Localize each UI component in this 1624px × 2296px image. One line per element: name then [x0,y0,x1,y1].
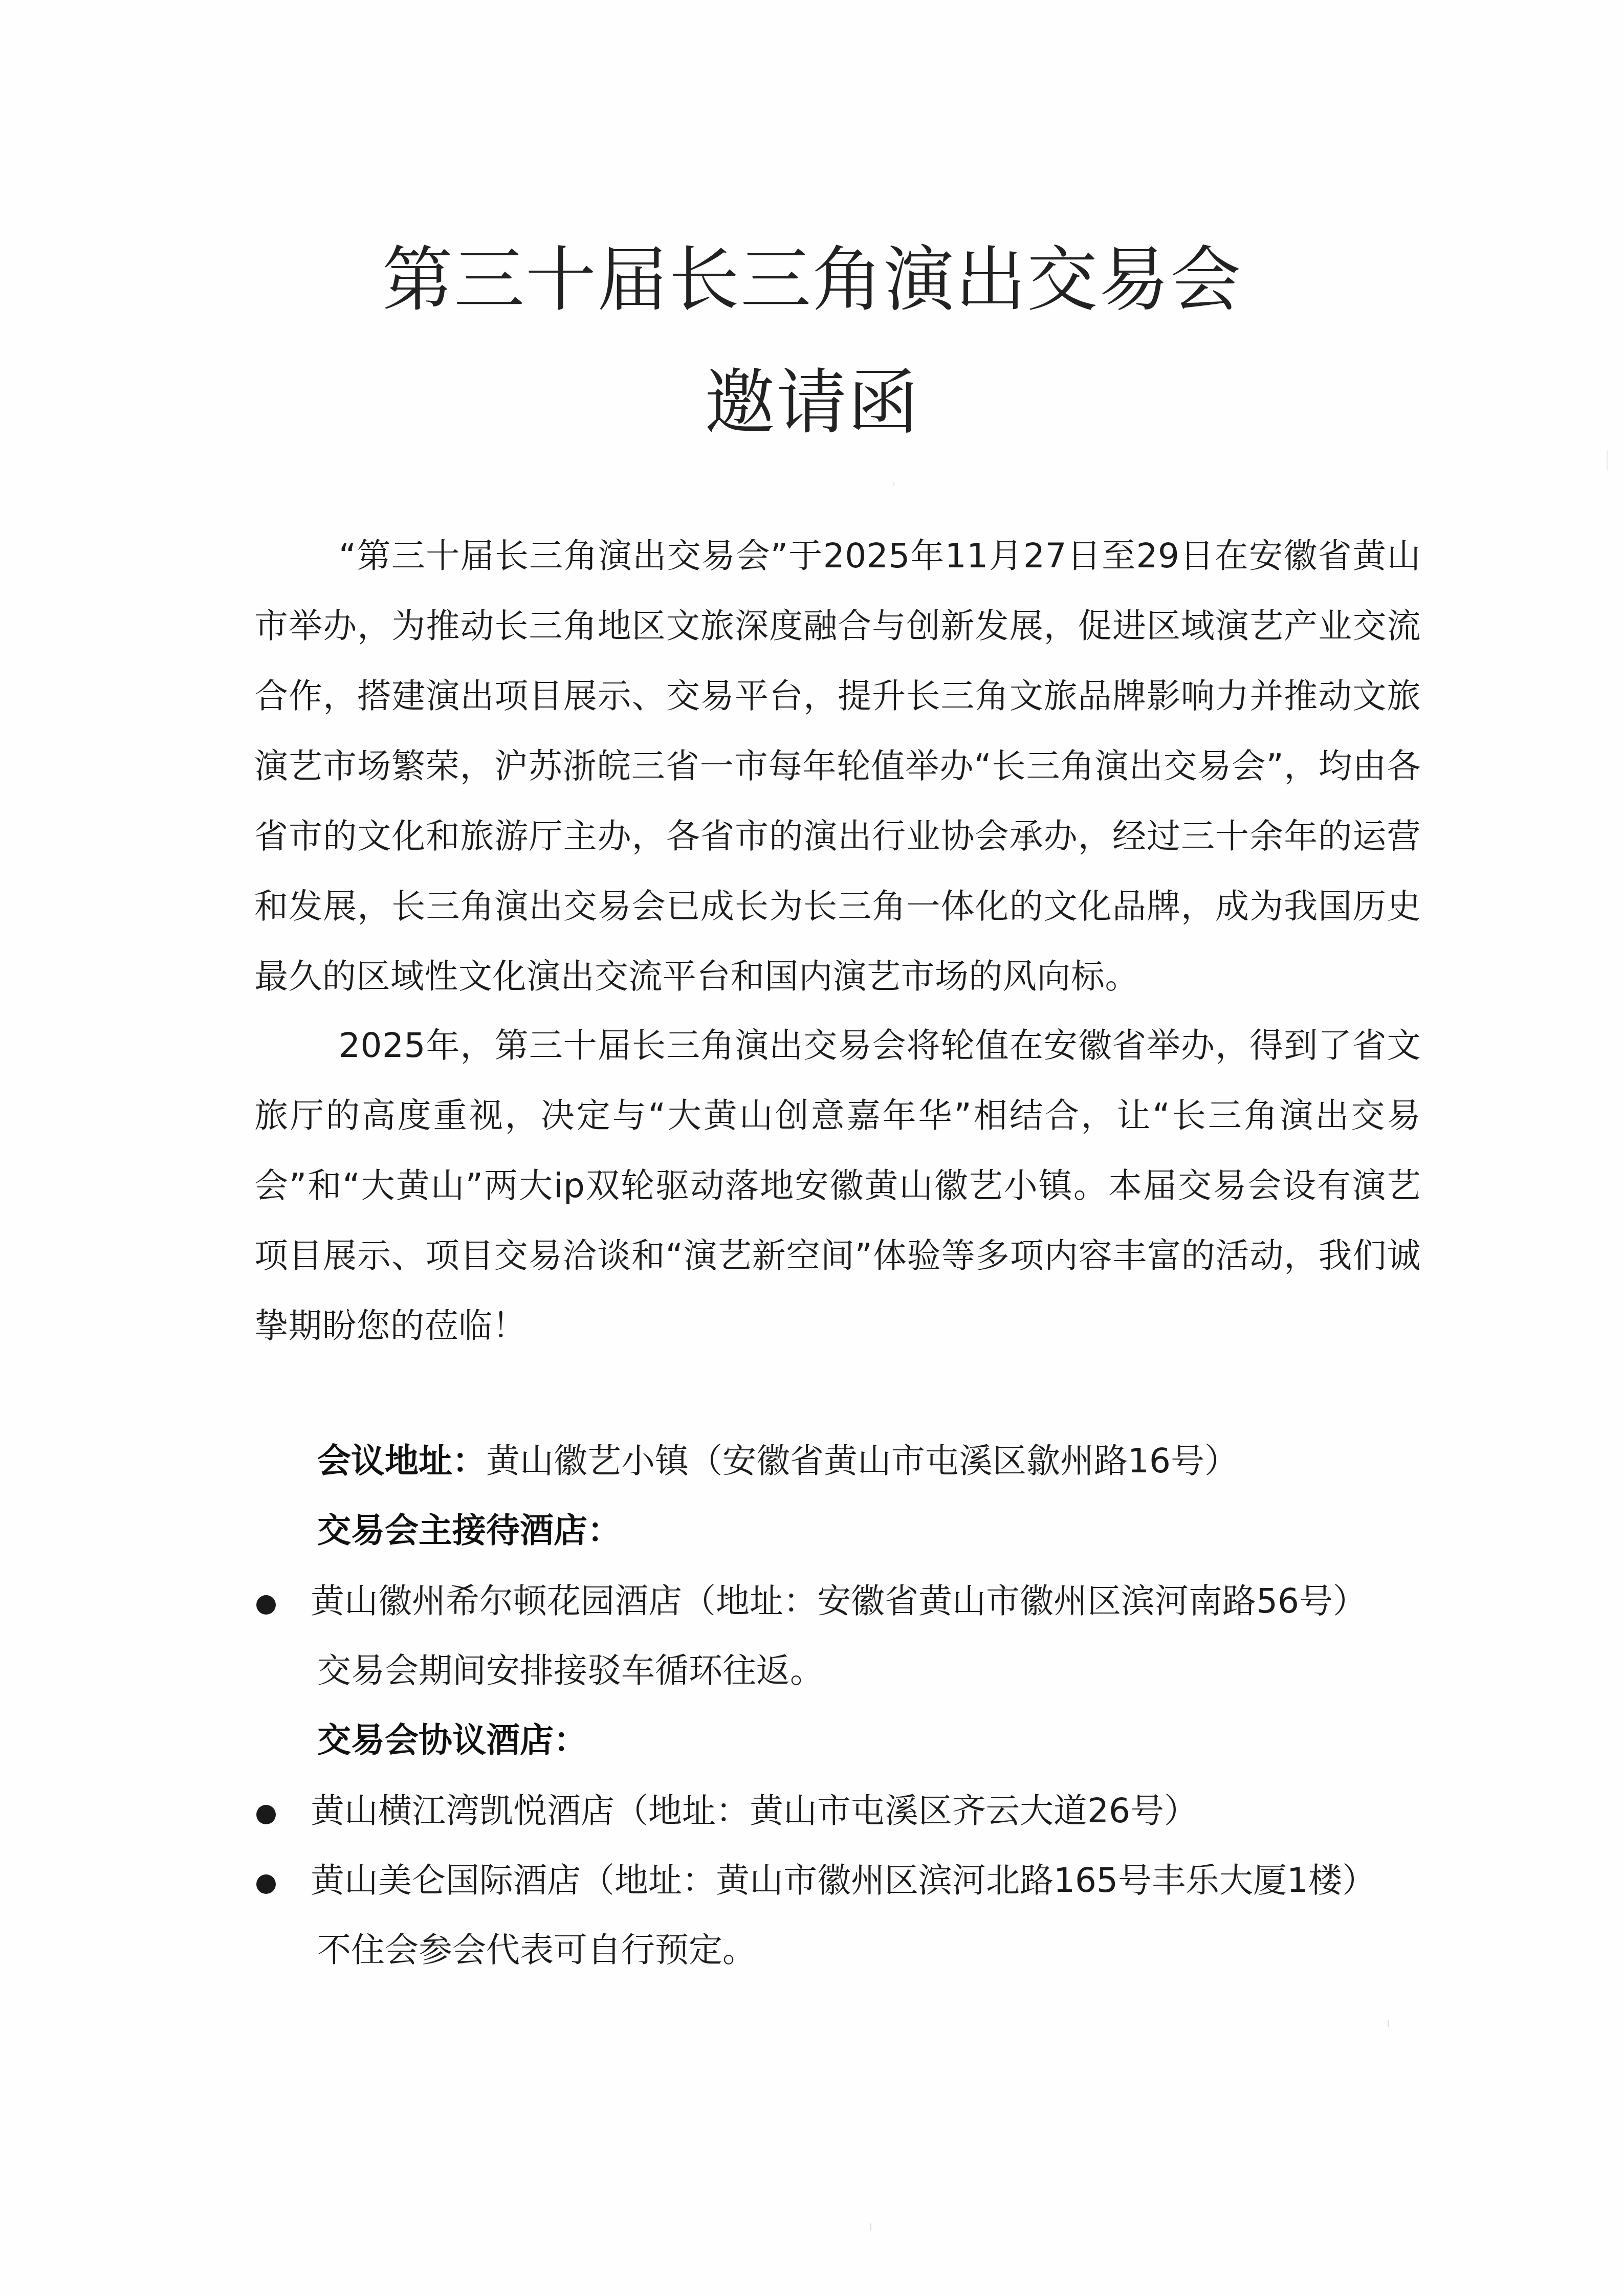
hotel-name-address: 黄山横江湾凯悦酒店（地址：黄山市屯溪区齐云大道26号） [311,1791,1198,1831]
paragraph-text: “第三十届长三角演出交易会”于2025年11月27日至29日在安徽省黄山市举办，… [254,521,1421,1011]
hotel-name-address: 黄山美仑国际酒店（地址：黄山市徽州区滨河北路165号丰乐大厦1楼） [311,1860,1376,1901]
paragraph-text: 2025年，第三十届长三角演出交易会将轮值在安徽省举办，得到了省文旅厅的高度重视… [254,1010,1421,1361]
venue-value: 黄山徽艺小镇（安徽省黄山市屯溪区歙州路16号） [486,1441,1238,1481]
scan-speck [870,2223,871,2231]
scan-speck [1388,2020,1389,2027]
venue-label: 会议地址： [317,1441,486,1481]
bullet-icon [256,1874,276,1894]
main-hotel-heading: 交易会主接待酒店： [317,1510,621,1551]
document-page: 第三十届长三角演出交易会 邀请函 “第三十届长三角演出交易会”于2025年11月… [0,0,1624,2296]
bullet-icon [256,1805,276,1824]
document-title: 第三十届长三角演出交易会 [0,245,1624,315]
bullet-icon [256,1595,276,1615]
hotel-name-address: 黄山徽州希尔顿花园酒店（地址：安徽省黄山市徽州区滨河南路56号） [311,1581,1367,1621]
paragraph-intro: “第三十届长三角演出交易会”于2025年11月27日至29日在安徽省黄山市举办，… [254,521,1421,1011]
document-subtitle: 邀请函 [0,367,1624,438]
scan-speck [1607,450,1608,471]
main-hotel-note: 交易会期间安排接驳车循环往返。 [317,1650,824,1691]
venue-line: 会议地址：黄山徽艺小镇（安徽省黄山市屯溪区歙州路16号） [317,1441,1238,1481]
paragraph-invitation: 2025年，第三十届长三角演出交易会将轮值在安徽省举办，得到了省文旅厅的高度重视… [254,1010,1421,1361]
partner-hotels-heading: 交易会协议酒店： [317,1720,587,1760]
partner-hotels-note: 不住会参会代表可自行预定。 [317,1930,756,1970]
scan-speck [893,482,894,486]
